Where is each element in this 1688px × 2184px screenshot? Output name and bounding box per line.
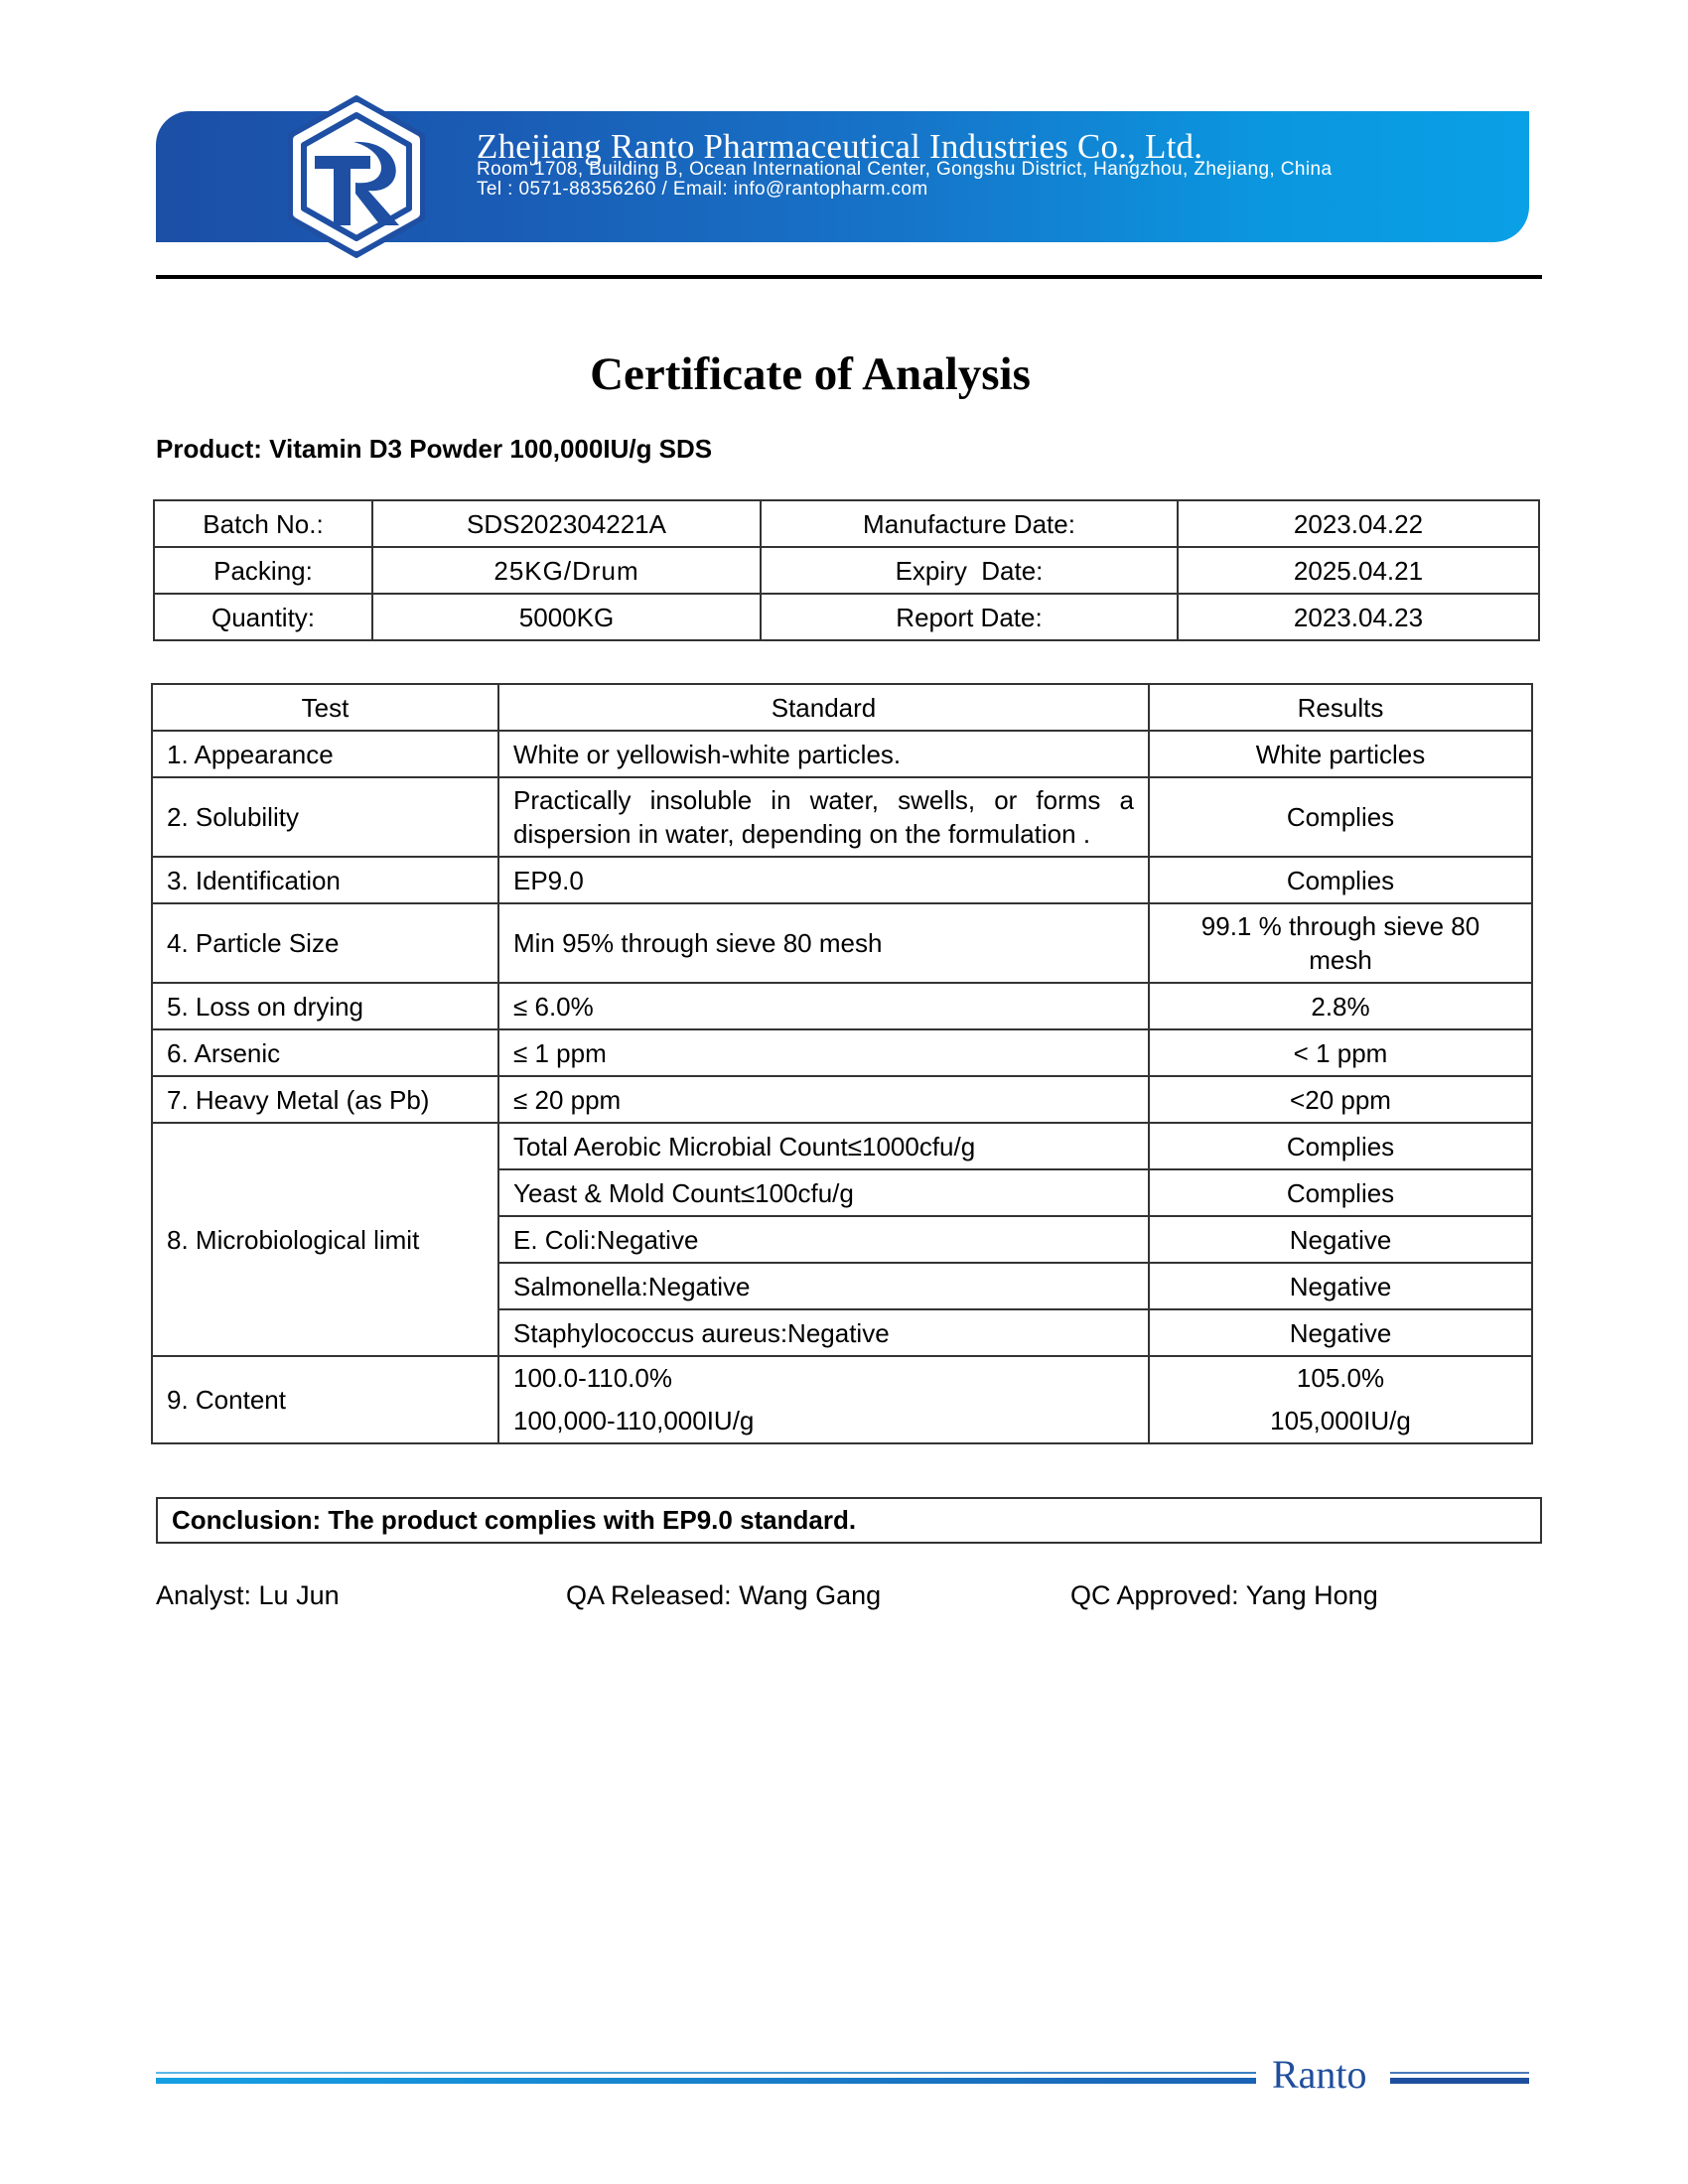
batch-value: SDS202304221A	[372, 500, 761, 547]
standard-iu: 100,000-110,000IU/g	[513, 1400, 1134, 1442]
footer-rule	[1390, 2078, 1529, 2084]
table-row: 2. Solubility Practically insoluble in w…	[152, 777, 1532, 857]
header-test: Test	[152, 684, 498, 731]
test-name: 9. Content	[152, 1356, 498, 1443]
company-address: Room 1708, Building B, Ocean Internation…	[477, 159, 1332, 181]
test-standard: Practically insoluble in water, swells, …	[498, 777, 1149, 857]
test-name: 8. Microbiological limit	[152, 1123, 498, 1356]
test-result: 99.1 % through sieve 80 mesh	[1149, 903, 1532, 983]
test-standard: 100.0-110.0% 100,000-110,000IU/g	[498, 1356, 1149, 1443]
test-standard: Total Aerobic Microbial Count≤1000cfu/g	[498, 1123, 1149, 1169]
test-standard: E. Coli:Negative	[498, 1216, 1149, 1263]
test-standard: Min 95% through sieve 80 mesh	[498, 903, 1149, 983]
footer-rule	[156, 2072, 1256, 2074]
test-result: < 1 ppm	[1149, 1029, 1532, 1076]
standard-percent: 100.0-110.0%	[513, 1357, 1134, 1400]
test-standard: ≤ 1 ppm	[498, 1029, 1149, 1076]
table-row: Batch No.: SDS202304221A Manufacture Dat…	[154, 500, 1539, 547]
report-date-value: 2023.04.23	[1178, 594, 1539, 640]
table-row: 6. Arsenic ≤ 1 ppm < 1 ppm	[152, 1029, 1532, 1076]
analyst-signature: Analyst: Lu Jun	[156, 1580, 340, 1611]
footer-rule	[156, 2078, 1256, 2084]
header-standard: Standard	[498, 684, 1149, 731]
product-name: Product: Vitamin D3 Powder 100,000IU/g S…	[156, 434, 712, 465]
test-result: <20 ppm	[1149, 1076, 1532, 1123]
report-date-label: Report Date:	[761, 594, 1178, 640]
test-name: 7. Heavy Metal (as Pb)	[152, 1076, 498, 1123]
test-name: 4. Particle Size	[152, 903, 498, 983]
company-contact: Tel : 0571-88356260 / Email: info@rantop…	[477, 179, 928, 201]
test-result: Complies	[1149, 1123, 1532, 1169]
test-result: Complies	[1149, 857, 1532, 903]
table-row: 8. Microbiological limit Total Aerobic M…	[152, 1123, 1532, 1169]
test-standard: ≤ 6.0%	[498, 983, 1149, 1029]
test-result: White particles	[1149, 731, 1532, 777]
test-standard: Yeast & Mold Count≤100cfu/g	[498, 1169, 1149, 1216]
expiry-date-value: 2025.04.21	[1178, 547, 1539, 594]
result-iu: 105,000IU/g	[1150, 1400, 1531, 1442]
test-standard: White or yellowish-white particles.	[498, 731, 1149, 777]
qa-signature: QA Released: Wang Gang	[566, 1580, 881, 1611]
test-standard: EP9.0	[498, 857, 1149, 903]
test-result: 2.8%	[1149, 983, 1532, 1029]
test-name: 5. Loss on drying	[152, 983, 498, 1029]
test-standard: Salmonella:Negative	[498, 1263, 1149, 1309]
packing-label: Packing:	[154, 547, 372, 594]
test-result: Negative	[1149, 1309, 1532, 1356]
test-name: 3. Identification	[152, 857, 498, 903]
expiry-date-label: Expiry Date:	[761, 547, 1178, 594]
table-header-row: Test Standard Results	[152, 684, 1532, 731]
manufacture-date-value: 2023.04.22	[1178, 500, 1539, 547]
header-results: Results	[1149, 684, 1532, 731]
qc-signature: QC Approved: Yang Hong	[1070, 1580, 1378, 1611]
table-row: 5. Loss on drying ≤ 6.0% 2.8%	[152, 983, 1532, 1029]
quantity-value: 5000KG	[372, 594, 761, 640]
test-standard: Staphylococcus aureus:Negative	[498, 1309, 1149, 1356]
header-divider	[156, 275, 1542, 279]
table-row: 3. Identification EP9.0 Complies	[152, 857, 1532, 903]
batch-label: Batch No.:	[154, 500, 372, 547]
result-percent: 105.0%	[1150, 1357, 1531, 1400]
test-result: Negative	[1149, 1216, 1532, 1263]
test-name: 2. Solubility	[152, 777, 498, 857]
manufacture-date-label: Manufacture Date:	[761, 500, 1178, 547]
test-result: 105.0% 105,000IU/g	[1149, 1356, 1532, 1443]
footer-rule	[1390, 2072, 1529, 2074]
table-row: 7. Heavy Metal (as Pb) ≤ 20 ppm <20 ppm	[152, 1076, 1532, 1123]
test-name: 1. Appearance	[152, 731, 498, 777]
test-results-table: Test Standard Results 1. Appearance Whit…	[151, 683, 1533, 1444]
page-title: Certificate of Analysis	[0, 347, 1620, 401]
test-result: Complies	[1149, 1169, 1532, 1216]
table-row: 4. Particle Size Min 95% through sieve 8…	[152, 903, 1532, 983]
footer-brand: Ranto	[1272, 2051, 1367, 2098]
test-result: Complies	[1149, 777, 1532, 857]
packing-value: 25KG/Drum	[372, 547, 761, 594]
table-row: 9. Content 100.0-110.0% 100,000-110,000I…	[152, 1356, 1532, 1443]
quantity-label: Quantity:	[154, 594, 372, 640]
test-result: Negative	[1149, 1263, 1532, 1309]
table-row: Quantity: 5000KG Report Date: 2023.04.23	[154, 594, 1539, 640]
batch-info-table: Batch No.: SDS202304221A Manufacture Dat…	[153, 499, 1540, 641]
company-logo-icon	[274, 95, 439, 258]
test-name: 6. Arsenic	[152, 1029, 498, 1076]
conclusion-box: Conclusion: The product complies with EP…	[156, 1497, 1542, 1544]
table-row: 1. Appearance White or yellowish-white p…	[152, 731, 1532, 777]
test-standard: ≤ 20 ppm	[498, 1076, 1149, 1123]
table-row: Packing: 25KG/Drum Expiry Date: 2025.04.…	[154, 547, 1539, 594]
